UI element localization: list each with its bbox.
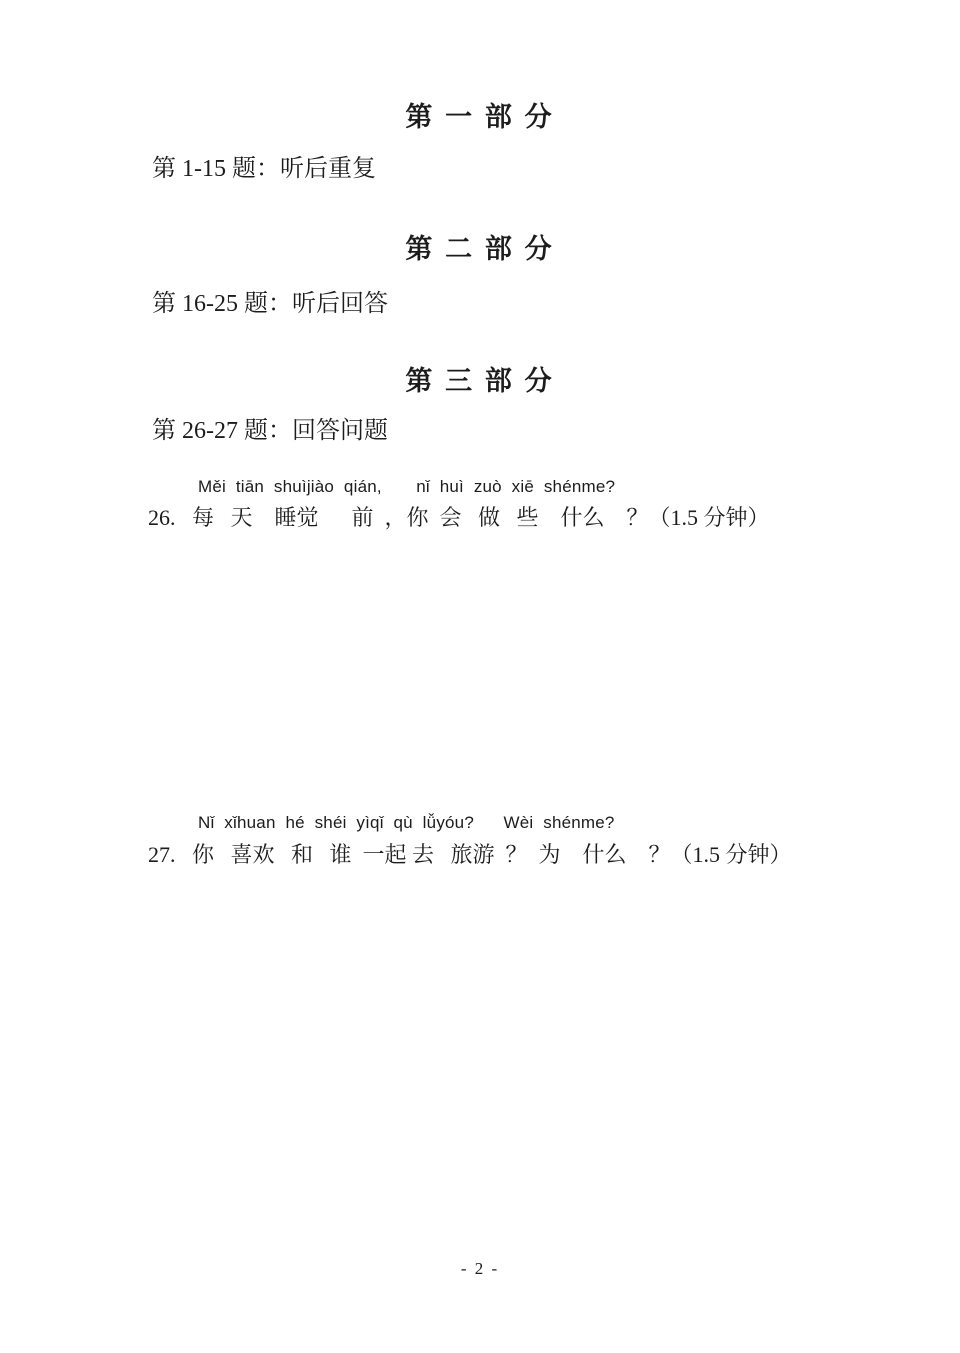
part-3-heading: 第 三 部 分 bbox=[0, 359, 960, 398]
question-26-text: 26. 每 天 睡觉 前 ，你 会 做 些 什么 ？（1.5 分钟） bbox=[148, 501, 770, 532]
page-number: - 2 - bbox=[0, 1259, 960, 1279]
part-2-instruction: 第 16-25 题：听后回答 bbox=[152, 283, 388, 318]
question-27-text: 27. 你 喜欢 和 谁 一起 去 旅游 ？ 为 什么 ？（1.5 分钟） bbox=[148, 838, 792, 869]
question-27-pinyin: Nǐ xǐhuan hé shéi yìqǐ qù lǚyóu? Wèi shé… bbox=[198, 813, 615, 833]
part-1-instruction: 第 1-15 题：听后重复 bbox=[152, 148, 376, 183]
part-2-heading: 第 二 部 分 bbox=[0, 227, 960, 266]
part-1-heading: 第 一 部 分 bbox=[0, 95, 960, 134]
part-3-instruction: 第 26-27 题：回答问题 bbox=[152, 410, 388, 445]
question-26-pinyin: Měi tiān shuìjiào qián, nǐ huì zuò xiē s… bbox=[198, 477, 615, 497]
exam-page: 第 一 部 分 第 1-15 题：听后重复 第 二 部 分 第 16-25 题：… bbox=[0, 0, 960, 1353]
